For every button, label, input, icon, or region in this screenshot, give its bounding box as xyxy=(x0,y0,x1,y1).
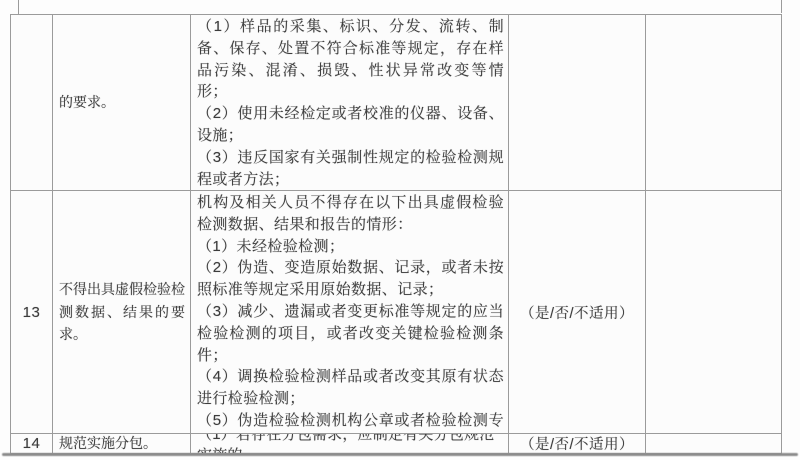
row12-requirement-cell: 的要求。 xyxy=(53,15,191,191)
page-artifact-line-right xyxy=(781,0,782,13)
row14-serial-cell: 14 xyxy=(11,434,53,454)
row14-details-cell: （1）若存在分包需求，应制定有关分包规范实施的 xyxy=(191,434,509,454)
row12-details-cell: （1）样品的采集、标识、分发、流转、制备、保存、处置不符合标准等规定，存在样品污… xyxy=(191,15,509,191)
row12-conclusion-cell xyxy=(509,15,646,191)
row13-requirement-cell: 不得出具虚假检验检测数据、结果的要求。 xyxy=(53,191,191,434)
row13-remarks-cell xyxy=(646,191,782,434)
row14-conclusion-cell: （是/否/不适用） xyxy=(509,434,646,454)
row14-requirement-cell: 规范实施分包。 xyxy=(53,434,191,454)
compliance-checklist-table: 的要求。 （1）样品的采集、标识、分发、流转、制备、保存、处置不符合标准等规定，… xyxy=(10,14,782,454)
row13-details-cell: 机构及相关人员不得存在以下出具虚假检验检测数据、结果和报告的情形： （1）未经检… xyxy=(191,191,509,434)
scanned-document-page: 的要求。 （1）样品的采集、标识、分发、流转、制备、保存、处置不符合标准等规定，… xyxy=(0,0,800,460)
row12-serial-cell xyxy=(11,15,53,191)
row14-remarks-cell xyxy=(646,434,782,454)
page-artifact-line-left xyxy=(18,0,19,14)
row12-remarks-cell xyxy=(646,15,782,191)
table-bottom-edge xyxy=(2,453,798,456)
row13-serial-cell: 13 xyxy=(11,191,53,434)
row13-conclusion-cell: （是/否/不适用） xyxy=(509,191,646,434)
